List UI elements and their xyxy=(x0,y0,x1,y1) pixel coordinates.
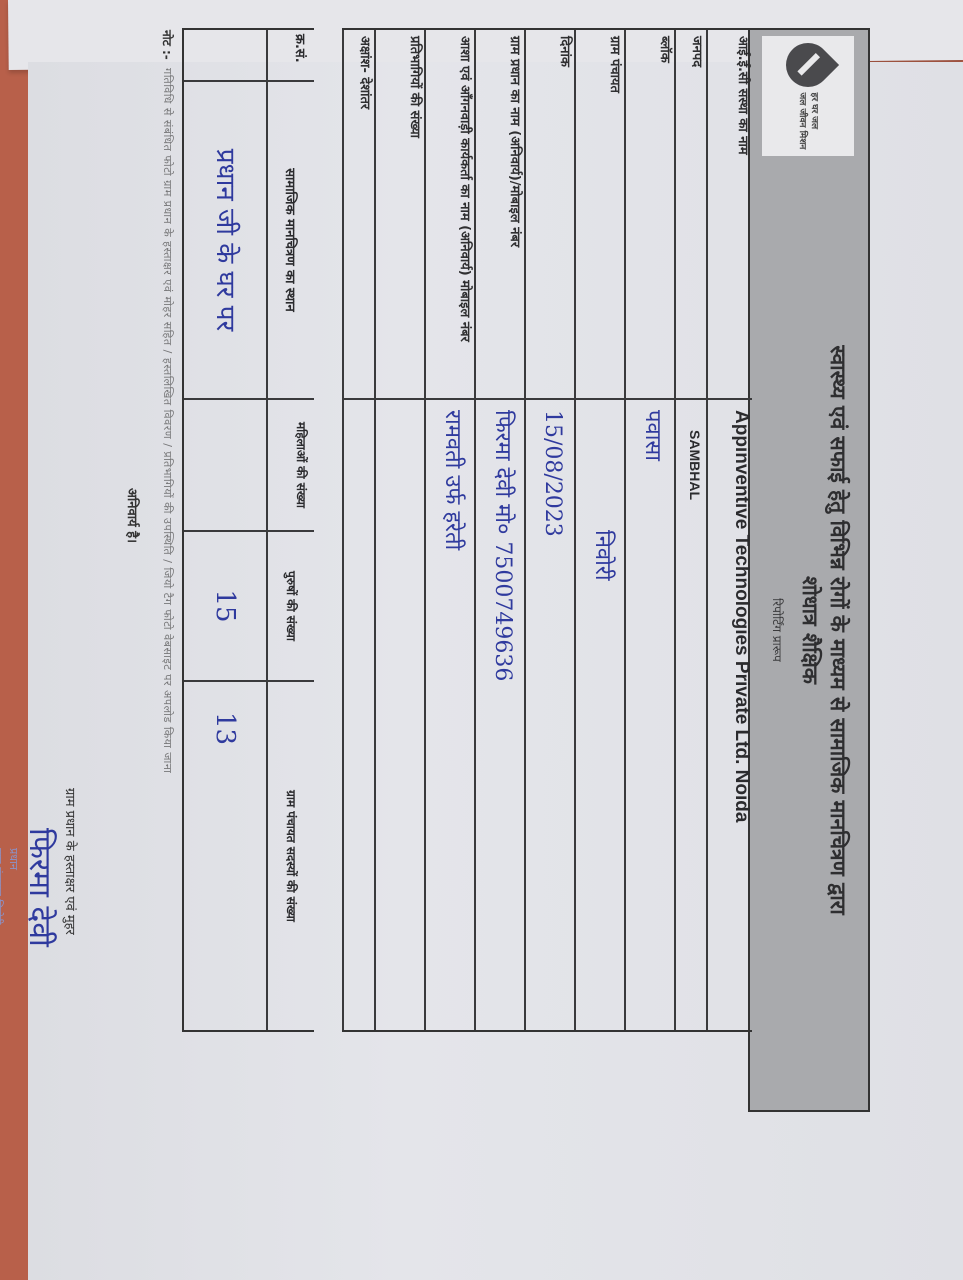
header-place: सामाजिक मानचित्रण का स्थान xyxy=(268,82,314,400)
row-lat-long: अक्षांश- देशांतर xyxy=(342,30,374,1030)
cell-place: प्रधान जी के घर पर xyxy=(210,149,240,331)
form-title: स्वास्थ्य एवं सफाई हेतु विभिन्न रोगों के… xyxy=(796,170,852,1090)
note-text: गतिविधि से संबंधित फोटो ग्राम प्रधान के … xyxy=(160,68,174,1058)
value-gram-panchayat: निवोरी xyxy=(590,530,615,581)
signature: फिरमा देवी xyxy=(21,828,62,1188)
row-asha-worker: आशा एवं आँगनवाड़ी कार्यकर्ता का नाम (अनि… xyxy=(424,30,474,1030)
header-members: ग्राम पंचायत सदस्यों की संख्या xyxy=(268,682,314,1030)
label: अक्षांश- देशांतर xyxy=(344,30,374,400)
signature-label: ग्राम प्रधान के हस्ताक्षर एवं मुहर xyxy=(62,788,80,1188)
count-row: प्रधान जी के घर पर 15 13 xyxy=(184,30,266,1030)
cell-sn xyxy=(184,30,266,82)
row-district: जनपद SAMBHAL xyxy=(674,30,706,1030)
header-sn: क्र.सं. xyxy=(268,30,314,82)
title-line-1: स्वास्थ्य एवं सफाई हेतु विभिन्न रोगों के… xyxy=(824,170,852,1090)
official-stamp: प्रधान ग्राम पंचायत निवोरी वि० ख० पवासा … xyxy=(0,848,21,1188)
row-block: ब्लॉक पवासा xyxy=(624,30,674,1030)
header-band: हर घर जल जल जीवन मिशन स्वास्थ्य एवं सफाई… xyxy=(748,28,870,1112)
cell-members: 13 xyxy=(210,712,240,745)
value-block: पवासा xyxy=(640,410,665,461)
label: आशा एवं आँगनवाड़ी कार्यकर्ता का नाम (अनि… xyxy=(426,30,474,400)
value-date: 15/08/2023 xyxy=(540,410,565,537)
participant-count-table: क्र.सं. सामाजिक मानचित्रण का स्थान महिला… xyxy=(182,28,314,1032)
value-pradhan: फिरमा देवी मो० 7500749636 xyxy=(490,410,515,681)
cell-men: 15 xyxy=(210,589,240,622)
label: आई.ई.सी संस्था का नाम xyxy=(708,30,752,400)
label: जनपद xyxy=(676,30,706,400)
value-district: SAMBHAL xyxy=(687,430,703,500)
signature-block: ग्राम प्रधान के हस्ताक्षर एवं मुहर फिरमा… xyxy=(0,788,80,1188)
label: प्रतिभागियों की संख्या xyxy=(376,30,424,400)
row-participants: प्रतिभागियों की संख्या xyxy=(374,30,424,1030)
title-line-2: शोधात्र शैक्षिक xyxy=(796,170,824,1090)
details-table: आई.ई.सी संस्था का नाम Appinventive Techn… xyxy=(342,28,752,1032)
jal-jeevan-mission-logo: हर घर जल जल जीवन मिशन xyxy=(762,36,854,156)
label: दिनांक xyxy=(526,30,574,400)
label: ग्राम प्रधान का नाम (अनिवार्य)/मोबाइल नं… xyxy=(476,30,524,400)
header-women: महिलाओं की संख्या xyxy=(268,400,314,532)
label: ब्लॉक xyxy=(626,30,674,400)
value-asha-worker: रामवती उर्फ हरेती xyxy=(440,410,465,550)
form-subtitle: रिपोर्टिंग प्रारूप xyxy=(769,170,786,1090)
logo-caption-1: हर घर जल xyxy=(808,93,820,150)
footer-note: नोट :- गतिविधि से संबंधित फोटो ग्राम प्र… xyxy=(114,28,174,1068)
value-agency: Appinventive Technologies Private Ltd. N… xyxy=(731,410,752,822)
label: ग्राम पंचायत xyxy=(576,30,624,400)
header-men: पुरुषों की संख्या xyxy=(268,532,314,682)
reporting-form: हर घर जल जल जीवन मिशन स्वास्थ्य एवं सफाई… xyxy=(150,28,870,1208)
row-gram-panchayat: ग्राम पंचायत निवोरी xyxy=(574,30,624,1030)
water-drop-icon xyxy=(777,33,839,95)
logo-caption-2: जल जीवन मिशन xyxy=(796,93,808,150)
row-pradhan: ग्राम प्रधान का नाम (अनिवार्य)/मोबाइल नं… xyxy=(474,30,524,1030)
note-end: अनिवार्य है। xyxy=(124,488,138,543)
note-tag: नोट :- xyxy=(160,30,174,60)
row-date: दिनांक 15/08/2023 xyxy=(524,30,574,1030)
row-iec-agency: आई.ई.सी संस्था का नाम Appinventive Techn… xyxy=(706,30,752,1030)
stamp-line-2: ग्राम पंचायत निवोरी xyxy=(0,848,5,1188)
stamp-line-1: प्रधान xyxy=(5,848,21,1188)
count-header-row: क्र.सं. सामाजिक मानचित्रण का स्थान महिला… xyxy=(266,30,314,1030)
